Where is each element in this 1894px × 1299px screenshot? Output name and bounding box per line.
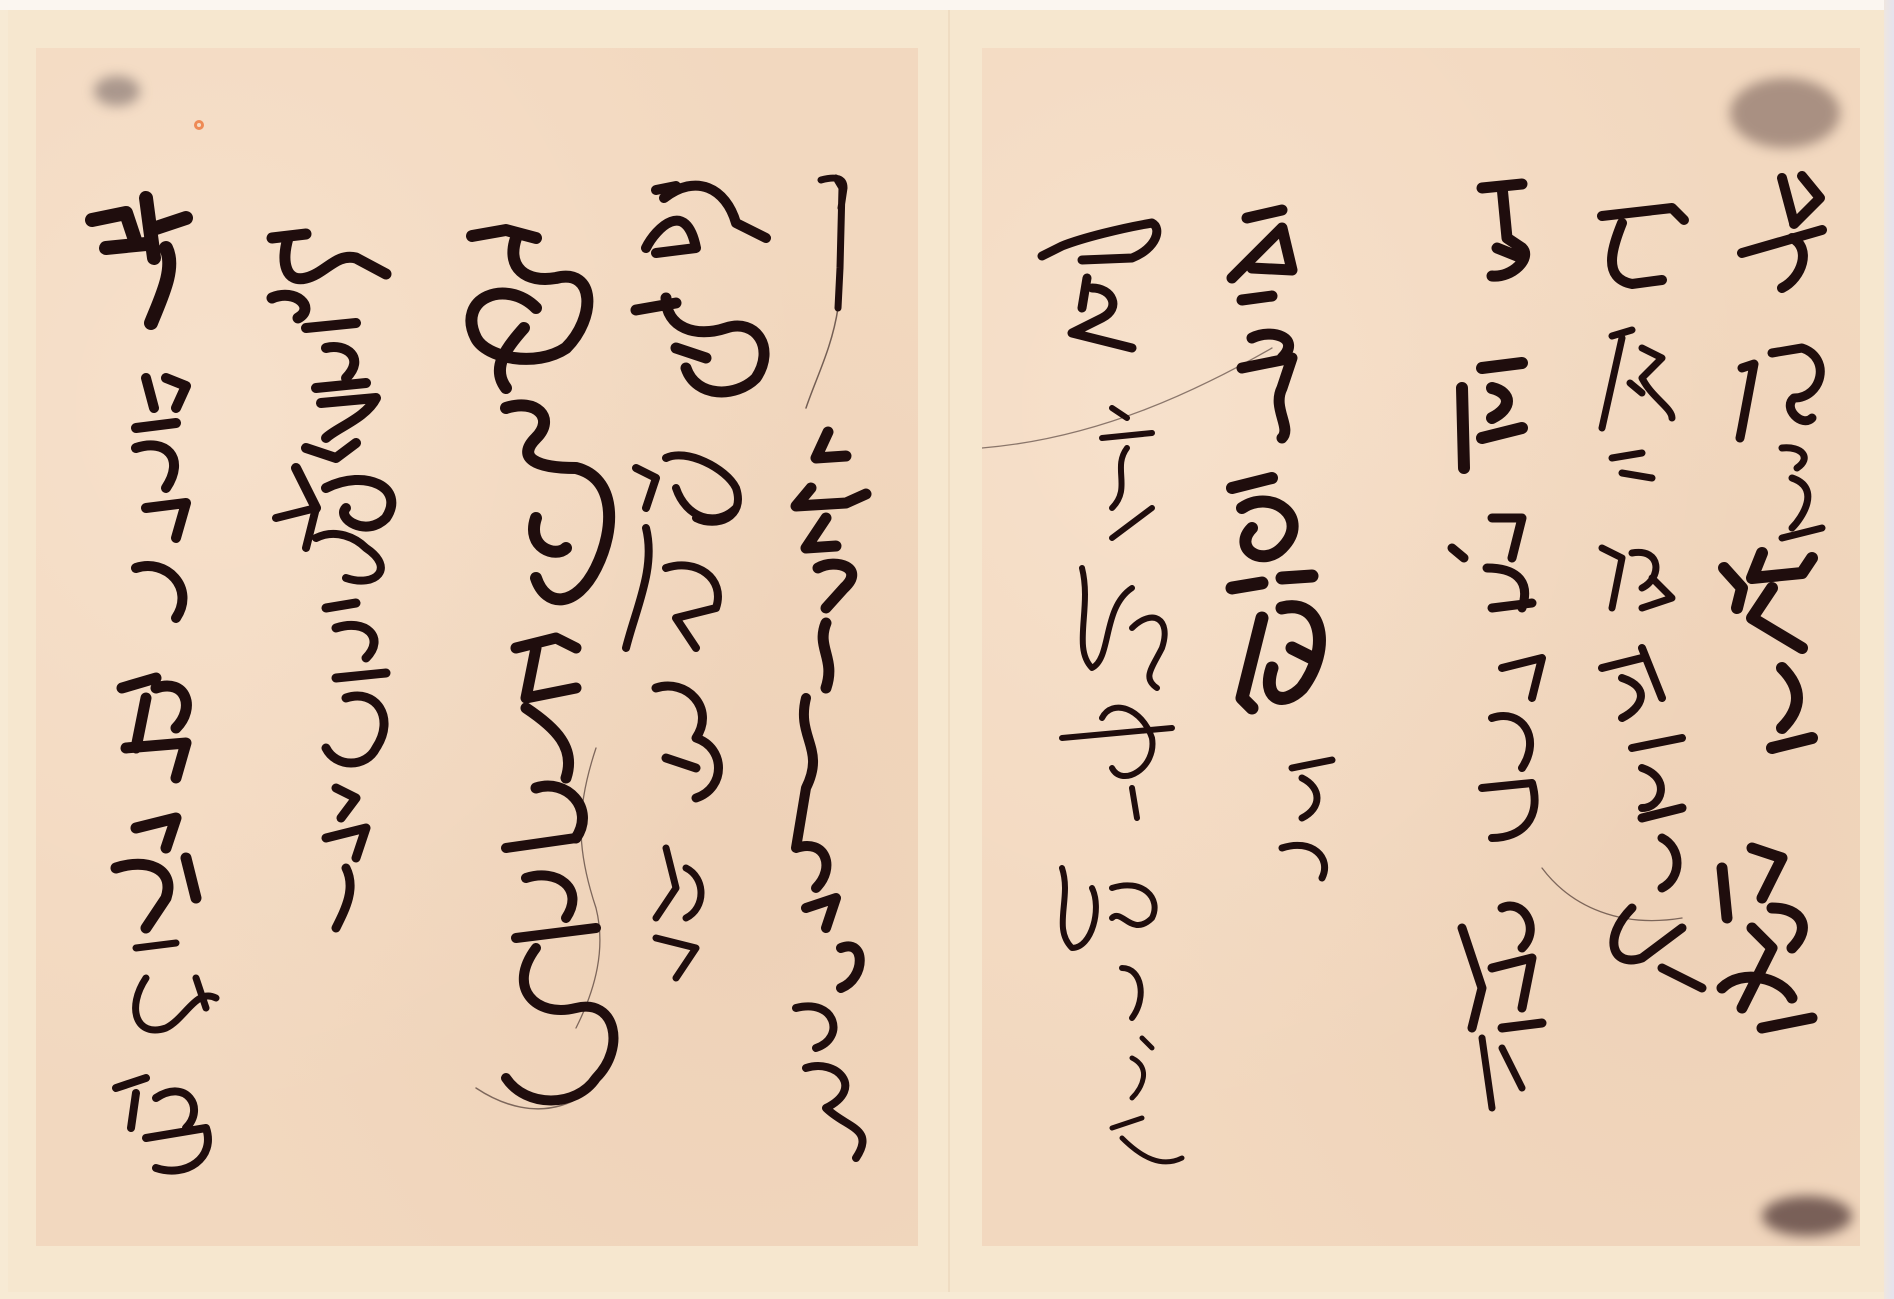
right-column-5 xyxy=(1042,223,1182,1162)
center-fold xyxy=(948,10,950,1292)
right-column-1 xyxy=(1722,176,1822,1028)
left-leaf xyxy=(36,48,918,1246)
left-column-4 xyxy=(272,234,391,928)
left-calligraphy xyxy=(36,48,918,1246)
right-column-2 xyxy=(1542,208,1702,988)
right-leaf xyxy=(982,48,1860,1246)
left-column-5 xyxy=(92,198,216,1171)
right-column-4 xyxy=(982,210,1332,878)
left-column-3 xyxy=(471,230,616,1109)
right-column-3 xyxy=(1452,184,1542,1108)
right-calligraphy xyxy=(982,48,1860,1246)
left-column-1 xyxy=(796,178,866,1158)
mount-top-edge xyxy=(0,0,1894,10)
photo-edge xyxy=(1884,0,1894,1299)
left-column-2 xyxy=(576,186,766,1028)
